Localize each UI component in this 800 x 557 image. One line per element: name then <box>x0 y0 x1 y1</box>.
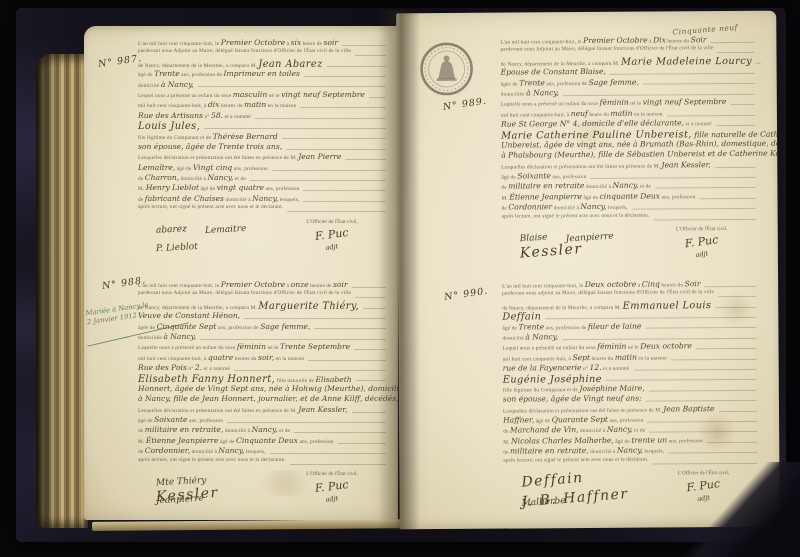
printed-form-text: Lesquelles déclaration et présentation o… <box>138 155 298 161</box>
printed-form-text: en la maison <box>266 103 296 109</box>
printed-form-text: ans, profession <box>660 194 696 200</box>
handwritten-text: Premier Octobre <box>583 36 648 45</box>
ruled-blank-line <box>345 159 386 160</box>
printed-form-text: âgé de <box>138 418 154 424</box>
printed-form-text: après lecture, ont signé le présent acte… <box>502 212 650 219</box>
ruled-blank-line <box>718 296 756 297</box>
printed-form-text: domicilié à <box>224 197 252 203</box>
printed-form-text: domiciliée <box>501 91 526 97</box>
ruled-blank-line <box>545 317 756 319</box>
handwritten-text: Vingt cinq <box>193 163 232 172</box>
handwritten-text: Quarante Sept <box>552 415 608 424</box>
ruled-blank-line <box>294 432 386 433</box>
printed-form-text: L'an mil huit cent cinquante-huit, le <box>500 39 583 46</box>
handwritten-text: Jean Kessler, <box>661 160 710 169</box>
form-line: domiciliée à Nancy, <box>138 332 388 342</box>
handwritten-text: Premier Octobre <box>221 38 286 47</box>
ruled-blank-line <box>718 410 757 411</box>
printed-form-text: heures du <box>233 356 258 362</box>
handwritten-text: Cordonnier <box>508 202 552 211</box>
handwritten-text: Joséphine Maire, <box>579 384 644 393</box>
handwritten-text: Cinquante Sept <box>157 322 217 331</box>
printed-form-text: âgé de <box>502 325 518 331</box>
printed-form-text: ans, profession de <box>180 72 224 78</box>
handwritten-text: Dix <box>653 35 666 44</box>
ruled-blank-line <box>300 107 386 108</box>
form-line: de Nancy, département de la Meurthe, a c… <box>501 56 757 68</box>
timbre-imperial-stamp-icon <box>418 41 474 102</box>
handwritten-text: matin <box>244 100 266 109</box>
form-line: mil huit cent cinquante-huit, à quatre h… <box>138 353 388 363</box>
printed-form-text: de <box>138 197 145 203</box>
ruled-blank-line <box>655 187 755 189</box>
ruled-blank-line <box>668 452 757 454</box>
printed-form-text: et de <box>278 428 290 434</box>
ruled-blank-line <box>250 180 386 181</box>
form-line: M. Henry Lieblot âgé de vingt quatre ans… <box>138 183 388 193</box>
handwritten-text: Marchand de Vin, <box>510 426 579 435</box>
printed-form-text: âgé de <box>175 166 193 172</box>
handwritten-text: soir, <box>258 353 274 362</box>
handwritten-text: à Nancy, <box>161 80 194 89</box>
officer-label: L'Officier de l'État civil. <box>276 471 388 477</box>
form-line: M. Étienne Jeanpierre âgé de Cinquante D… <box>138 436 388 446</box>
printed-form-text: heure du <box>588 112 611 118</box>
printed-form-text: heures du <box>666 38 691 44</box>
printed-form-text: de <box>138 428 145 434</box>
ruled-blank-line <box>633 369 756 371</box>
form-line: de militaire en retraite, domicilié à Na… <box>138 425 388 435</box>
handwritten-text: vingt neuf Septembre <box>281 90 365 99</box>
handwritten-text: Elisabeth Fanny Honnert, <box>138 374 275 385</box>
handwritten-text: rue de la Fayencerie <box>503 363 582 373</box>
scanned-register-photo: { "page_left": { "entries": [ { "number"… <box>0 0 800 557</box>
printed-form-text: ans, profession de <box>216 325 260 331</box>
signature-row: BlaiseJeanpierre <box>520 227 646 243</box>
printed-form-text: Lesquelles déclaration et présentation o… <box>501 163 661 170</box>
handwritten-text: Cinquante Deux <box>236 436 298 445</box>
handwritten-text: son épouse, âgée de Vingt neuf ans; <box>503 394 642 404</box>
printed-form-text: heure de <box>301 41 323 47</box>
printed-form-text: après lecture, ont signé le présent acte… <box>138 204 283 210</box>
handwritten-text: Emmanuel Louis <box>623 300 712 312</box>
printed-form-text: L'an mil huit cent cinquante-huit, le <box>138 283 221 289</box>
printed-form-text: pardevant nous Adjoint au Maire, délégué… <box>500 46 713 53</box>
handwritten-text: féminin <box>237 342 266 351</box>
printed-form-text: de Nancy, département de la Meurthe, a c… <box>138 63 258 69</box>
handwritten-text: Jean Pierre <box>298 152 341 161</box>
handwritten-text: Jean Kessler, <box>298 405 347 414</box>
form-line: Rue des Artisans n° 58. et a nommé <box>138 111 388 121</box>
handwritten-text: soir <box>333 280 348 289</box>
form-line: pardevant nous Adjoint au Maire, délégué… <box>138 48 388 58</box>
signature: Kessler <box>519 241 583 262</box>
printed-form-text: heures du <box>590 356 615 362</box>
printed-form-text: en la maison <box>274 356 304 362</box>
form-line: Elisabeth Fanny Honnert, fille naturelle… <box>138 374 388 384</box>
printed-form-text: ans, profession <box>264 186 300 192</box>
ruled-blank-line <box>338 443 386 444</box>
handwritten-text: Imprimeur en toiles <box>223 69 299 78</box>
printed-form-text: Laquelle nous a présenté un enfant du se… <box>138 345 237 351</box>
printed-form-text: domicilié <box>138 83 161 89</box>
printed-form-text: Lesquelles déclaration et présentation o… <box>138 408 298 414</box>
printed-form-text: pardevant nous Adjoint au Maire, délégué… <box>138 48 351 54</box>
handwritten-text: trente un <box>631 435 667 444</box>
printed-form-text: heures du <box>219 103 244 109</box>
ruled-blank-line <box>308 360 386 361</box>
printed-form-text: domiciliée <box>138 335 163 341</box>
handwritten-text: à Nancy, <box>526 88 559 97</box>
handwritten-text: Haffner, <box>503 415 534 424</box>
signature-row: abarezLemaitreP. Lieblot <box>156 219 276 234</box>
form-line: à Nancy, fille de Jean Honnert, journali… <box>138 394 388 404</box>
printed-form-text: ans, profession <box>551 174 587 180</box>
officer-block: L'Officier de l'État civil, F. Puc adjt <box>276 219 388 251</box>
birth-record-entry-989: L'an mil huit cent cinquante-huit, le Pr… <box>500 35 758 263</box>
ruled-blank-line <box>647 421 757 423</box>
form-line: L'an mil huit cent cinquante-huit, le Pr… <box>138 280 388 290</box>
handwritten-text: cinquante Deux <box>600 191 661 200</box>
printed-form-text: âgé de <box>138 72 154 78</box>
form-line: Veuve de Constant Hénon, <box>138 311 388 321</box>
printed-form-text: domicilié à <box>584 184 612 190</box>
handwritten-text: 58. <box>211 111 223 120</box>
ruled-blank-line <box>354 349 386 350</box>
form-line: mil huit cent cinquante-huit, à dix heur… <box>138 100 388 110</box>
ruled-blank-line <box>653 218 755 220</box>
printed-form-text: domicilié à <box>589 449 617 455</box>
printed-form-text: né le <box>626 345 640 351</box>
handwritten-text: à Nancy, fille de Jean Honnert, journali… <box>138 394 398 403</box>
printed-form-text: lesquels, <box>244 449 265 455</box>
printed-form-text: âgé de <box>582 195 600 201</box>
handwritten-text: Trente <box>518 322 544 331</box>
handwritten-text: militaire en retraite, <box>510 446 589 456</box>
handwritten-text: Marguerite Thiéry, <box>258 301 359 312</box>
ruled-blank-line <box>590 177 755 179</box>
handwritten-text: Jean Abarez <box>258 59 322 70</box>
printed-form-text: M. <box>138 186 146 192</box>
printed-form-text: pardevant nous Adjoint au Maire, délégué… <box>138 290 351 296</box>
ruled-blank-line <box>342 45 386 46</box>
handwritten-text: Nancy, <box>580 202 606 211</box>
ruled-blank-line <box>667 114 755 116</box>
ruled-blank-line <box>352 287 386 288</box>
entry-988-signature-area: Mte ThiéryJeanpierreKessler L'Officier d… <box>138 471 388 506</box>
handwritten-text: dix <box>208 100 220 109</box>
ruled-blank-line <box>327 66 386 67</box>
ruled-blank-line <box>272 170 386 171</box>
handwritten-text: son épouse, âgée de Trente trois ans, <box>138 142 282 151</box>
form-line: Lequel nous a présenté un enfant du sexe… <box>138 90 388 100</box>
ruled-blank-line <box>756 62 761 63</box>
form-line: de Nancy, département de la Meurthe, a c… <box>138 301 388 311</box>
form-line: Lesquelles déclaration et présentation o… <box>138 152 388 162</box>
cover-corner <box>680 462 800 557</box>
printed-form-text: après lecture, ont signé le présent acte… <box>503 456 648 463</box>
form-line: Laquelle nous a présenté un enfant du se… <box>138 342 388 352</box>
entry-989-body: L'an mil huit cent cinquante-huit, le Pr… <box>500 35 757 224</box>
printed-form-text: âgé de <box>199 186 217 192</box>
handwritten-text: Deux octobre <box>640 342 692 351</box>
printed-form-text: et a nommé <box>684 121 712 127</box>
officer-label: L'Officier de l'État civil. <box>646 226 758 233</box>
ruled-blank-line <box>632 208 756 210</box>
handwritten-text: Lemaître, <box>138 163 175 172</box>
handwritten-text: onze <box>291 280 309 289</box>
ruled-blank-line <box>696 348 757 349</box>
ruled-blank-line <box>286 149 386 150</box>
signature: abarez <box>156 224 187 236</box>
officer-block: L'Officier de l'État civil. F. Puc adjt <box>276 471 388 503</box>
ruled-blank-line <box>646 400 757 402</box>
printed-form-text: et a nommé <box>202 366 230 372</box>
handwritten-text: Soir <box>685 279 701 288</box>
handwritten-text: quatre <box>208 353 233 362</box>
ruled-blank-line <box>282 138 386 139</box>
printed-form-text: n° <box>581 366 589 372</box>
handwritten-text: matin <box>615 352 637 361</box>
entry-990-signatures: DeffainJ. B. HaffnerMalherbe <box>503 471 647 507</box>
signature-row: DeffainJ. B. Haffner <box>521 471 647 492</box>
printed-form-text: M. <box>138 439 146 445</box>
handwritten-text: Cinq <box>642 279 660 288</box>
signature: Kessler <box>156 485 220 505</box>
handwritten-text: Deux octobre <box>585 280 637 289</box>
printed-form-text: âgé de <box>219 439 237 445</box>
printed-form-text: et de <box>233 176 245 182</box>
printed-form-text: âgé de <box>534 418 552 424</box>
printed-form-text: ans, profession de <box>544 325 588 331</box>
form-line: de Nancy, département de la Meurthe, a c… <box>138 59 388 69</box>
ruled-blank-line <box>287 211 386 212</box>
printed-form-text: L'an mil huit cent cinquante-huit, le <box>138 41 221 47</box>
ruled-blank-line <box>234 370 386 371</box>
handwritten-text: Trente <box>519 78 545 87</box>
handwritten-text: masculin <box>233 90 268 99</box>
handwritten-text: neuf <box>571 109 588 118</box>
handwritten-text: Nancy, <box>252 194 278 203</box>
handwritten-text: Nancy, <box>613 181 639 190</box>
printed-form-text: ans, profession <box>232 166 268 172</box>
handwritten-text: Nancy, <box>218 446 244 455</box>
handwritten-text: Nancy, <box>207 173 233 182</box>
handwritten-text: Étienne Jeanpierre <box>146 436 219 445</box>
printed-form-text: mil huit cent cinquante-huit, à <box>138 356 208 362</box>
printed-form-text: en la maison <box>632 111 662 117</box>
printed-form-text: Lesquelles déclaration et présentation o… <box>503 407 663 414</box>
form-line: Lesquelles déclaration et présentation o… <box>138 405 388 415</box>
ruled-blank-line <box>562 338 756 340</box>
entry-number-987: N° 987. <box>97 53 142 70</box>
printed-form-text: Lequel nous a présenté un enfant du sexe <box>138 93 233 99</box>
handwritten-text: Thérèse Bernard <box>213 132 278 141</box>
handwritten-text: à Nancy, <box>163 332 196 341</box>
ruled-blank-line <box>716 125 755 126</box>
birth-record-entry-988: L'an mil huit cent cinquante-huit, le Pr… <box>138 280 388 506</box>
handwritten-text: Nancy, <box>252 425 278 434</box>
handwritten-text: militaire en retraite <box>508 181 584 191</box>
handwritten-text: vingt quatre <box>217 183 264 192</box>
handwritten-text: Sage femme, <box>260 322 310 331</box>
signature: Blaise <box>520 233 548 245</box>
form-line: Honnert, âgée de Vingt Sept ans, née à H… <box>138 384 388 394</box>
handwritten-text: Veuve de Constant Hénon, <box>138 311 240 320</box>
handwritten-text: 12. <box>589 363 601 372</box>
form-line: pardevant nous Adjoint au Maire, délégué… <box>138 290 388 300</box>
form-line: âgé de Soixante ans, profession <box>138 415 388 425</box>
handwritten-text: fabricant de Chaises <box>145 194 224 203</box>
ruled-blank-line <box>730 104 754 105</box>
ruled-blank-line <box>671 358 757 360</box>
officer-block: L'Officier de l'État civil. F. Puc adjt <box>646 226 758 259</box>
handwritten-text: Nancy, <box>607 425 633 434</box>
handwritten-text: fileur de laine <box>588 321 642 330</box>
entry-number-990: N° 990. <box>444 286 489 303</box>
printed-form-text: âgé de <box>614 439 632 445</box>
printed-form-text: et de <box>633 428 645 434</box>
printed-form-text: ans, profession de <box>545 81 589 87</box>
handwritten-text: Elisabeth <box>316 375 352 384</box>
ruled-blank-line <box>700 198 756 199</box>
handwritten-text: Nicolas Charles Malherbe, <box>511 436 614 446</box>
entry-990-body: L'an mil huit cent cinquante-huit, le De… <box>502 279 759 468</box>
handwritten-text: Soixante <box>154 415 187 424</box>
ruled-blank-line <box>649 431 757 433</box>
handwritten-text: féminin <box>600 98 629 107</box>
form-line: domicilié à Nancy, <box>138 80 388 90</box>
signature-row: Mte ThiéryJeanpierre <box>156 471 276 486</box>
handwritten-text: Trente <box>154 69 180 78</box>
ruled-blank-line <box>314 328 386 329</box>
printed-form-text: ans, profession <box>608 418 644 424</box>
handwritten-text: Marie Madeleine Lourcy <box>621 56 752 68</box>
printed-form-text: M. <box>503 439 511 445</box>
ruled-blank-line <box>200 339 386 340</box>
printed-form-text: pardevant nous adjoint au Maire, délégué… <box>502 290 714 297</box>
handwritten-text: vingt neuf Septembre <box>643 97 727 107</box>
handwritten-text: Trente Septembre <box>280 342 350 351</box>
printed-form-text: lesquels, <box>606 205 627 211</box>
handwritten-text: Cordonnier, <box>145 446 190 455</box>
page-edge-stack <box>36 54 88 528</box>
printed-form-text: âgée de <box>138 325 157 331</box>
printed-form-text: né le <box>629 101 643 107</box>
right-page: Cinquante neuf N° 989. L'an mil huit cen… <box>396 11 780 530</box>
entry-987-body: L'an mil huit cent cinquante-huit, le Pr… <box>138 38 388 215</box>
handwritten-text: 2. <box>195 363 202 372</box>
birth-record-entry-987: L'an mil huit cent cinquante-huit, le Pr… <box>138 38 388 251</box>
printed-form-text: domicilié à <box>179 176 207 182</box>
handwritten-text: militaire en retraite, <box>145 425 224 434</box>
ruled-blank-line <box>369 97 386 98</box>
printed-form-text: n° <box>187 366 195 372</box>
ruled-blank-line <box>649 390 757 392</box>
ruled-blank-line <box>352 412 387 413</box>
form-line: Lemaître, âgé de Vingt cinq ans, profess… <box>138 163 388 173</box>
handwritten-text: Étienne Jeanpierre <box>509 192 582 202</box>
printed-form-text: domicilié <box>502 335 525 341</box>
ruled-blank-line <box>290 464 386 465</box>
handwritten-text: Louis Jules, <box>138 121 200 132</box>
printed-form-text: ans, profession <box>298 439 334 445</box>
printed-form-text: lesquels, <box>278 197 299 203</box>
handwritten-text: Épouse de Constant Blaise, <box>501 67 606 77</box>
officer-label: L'Officier de l'État civil, <box>276 219 388 225</box>
ruled-blank-line <box>244 318 386 319</box>
printed-form-text: ans, profession <box>188 418 224 424</box>
printed-form-text: de Nancy, département de la Meurthe, a c… <box>502 305 622 312</box>
printed-form-text: mil huit cent cinquante-huit, à <box>501 112 571 118</box>
printed-form-text: mil huit cent cinquante-huit, à <box>138 103 208 109</box>
printed-form-text: de <box>138 449 145 455</box>
handwritten-text: Rue St George N° 4, domicile d'elle décl… <box>501 118 684 128</box>
printed-form-text: après lecture, ont signé le présent acte… <box>138 457 286 463</box>
ruled-blank-line <box>227 422 386 423</box>
handwritten-text: Sage femme, <box>589 77 639 86</box>
form-line: L'an mil huit cent cinquante-huit, le Pr… <box>138 38 388 48</box>
form-line: Rue des Pois n° 2. et a nommé <box>138 363 388 373</box>
printed-form-text: domicilié à <box>223 428 251 434</box>
handwritten-text: Charron, <box>145 173 179 182</box>
entry-987-signatures: abarezLemaitreP. Lieblot <box>138 219 276 234</box>
form-line: après lecture, ont signé le présent acte… <box>502 211 758 223</box>
entry-988-signatures: Mte ThiéryJeanpierreKessler <box>138 471 276 506</box>
printed-form-text: fille légitime du Comparant et de <box>503 387 580 394</box>
signature: Deffain <box>521 470 584 491</box>
ruled-blank-line <box>304 76 386 77</box>
printed-form-text: domicilié à <box>552 205 580 211</box>
handwritten-text: à Phalsbourg (Meurthe), fille de Sébasti… <box>501 149 780 160</box>
form-line: âgé de Trente ans, profession de Imprime… <box>138 69 388 79</box>
ruled-blank-line <box>715 166 756 167</box>
ruled-blank-line <box>610 73 755 75</box>
handwritten-text: à Nancy, <box>525 332 558 341</box>
form-line: âgée de Cinquante Sept ans, profession d… <box>138 322 388 332</box>
form-line: de Cordonnier, domicilié à Nancy, lesque… <box>138 446 388 456</box>
signature: Lemaitre <box>205 224 247 236</box>
printed-form-text: âgé de <box>501 175 517 181</box>
ruled-blank-line <box>645 327 756 329</box>
printed-form-text: heures de <box>309 283 333 289</box>
ruled-blank-line <box>707 442 758 443</box>
entry-987-signature-area: abarezLemaitreP. Lieblot L'Officier de l… <box>138 219 388 251</box>
printed-form-text: âgée de <box>501 81 520 87</box>
printed-form-text: mil huit cent cinquante-huit, à <box>503 356 573 362</box>
handwritten-text: Jean Baptiste <box>663 404 714 413</box>
signature-row: Kessler <box>520 242 646 263</box>
printed-form-text: né le <box>266 345 280 351</box>
printed-form-text: M. <box>501 195 509 201</box>
left-page: N° 987. L'an mil huit cent cinquante-hui… <box>84 26 398 520</box>
ruled-blank-line <box>270 453 386 454</box>
printed-form-text: et de <box>639 184 651 190</box>
printed-form-text: ans, profession <box>667 438 703 444</box>
ruled-blank-line <box>718 52 755 53</box>
handwritten-text: Honnert, âgée de Vingt Sept ans, née à H… <box>138 384 398 393</box>
printed-form-text: L'an mil huit cent cinquante-huit, le <box>502 283 585 290</box>
printed-form-text: et a nommé <box>602 366 630 372</box>
ruled-blank-line <box>563 94 755 96</box>
entry-989-signatures: BlaiseJeanpierreKessler <box>502 227 646 263</box>
handwritten-text: Premier Octobre <box>221 280 286 289</box>
ruled-blank-line <box>255 118 386 119</box>
printed-form-text: domicilié à <box>190 449 218 455</box>
printed-form-text: de <box>138 176 145 182</box>
printed-form-text: Laquelle nous a présenté un enfant du se… <box>501 101 600 108</box>
printed-form-text: de Nancy, département de la Meurthe, a c… <box>138 305 258 311</box>
